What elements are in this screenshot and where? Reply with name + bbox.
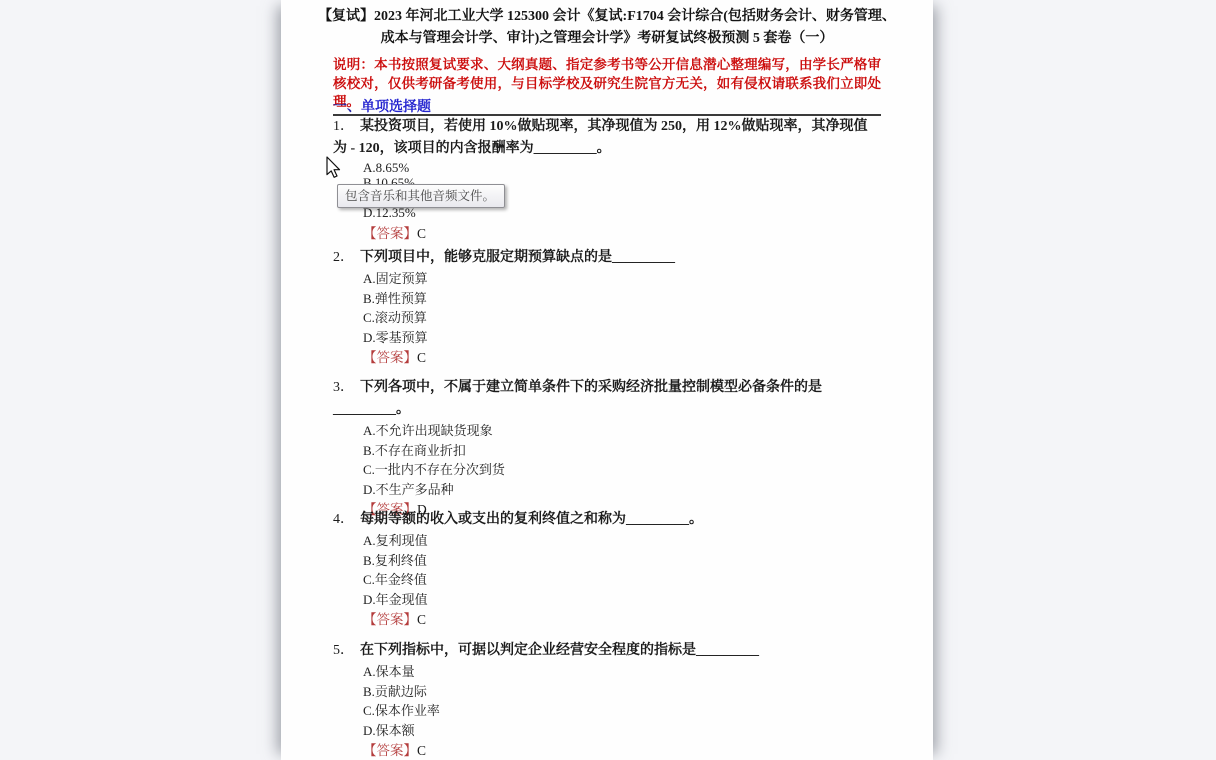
option-line: B.不存在商业折扣: [363, 441, 881, 461]
option-line: C.滚动预算: [363, 308, 881, 328]
option-line: A.8.65%: [363, 160, 881, 175]
section-number: 一、: [333, 100, 361, 115]
answer-value: C: [417, 350, 426, 365]
option-line: C.一批内不存在分次到货: [363, 460, 881, 480]
question-stem: 4．每期等额的收入或支出的复利终值之和称为_________。: [333, 509, 881, 531]
option-line: D.年金现值: [363, 590, 881, 610]
tooltip: 包含音乐和其他音频文件。: [337, 184, 505, 208]
question-stem: 5．在下列指标中，可据以判定企业经营安全程度的指标是_________: [333, 640, 881, 662]
option-line: D.不生产多品种: [363, 480, 881, 500]
answer-value: C: [417, 612, 426, 627]
document-page: 【复试】2023 年河北工业大学 125300 会计《复试:F1704 会计综合…: [281, 0, 933, 760]
option-list: A.保本量B.贡献边际C.保本作业率D.保本额: [363, 662, 881, 740]
option-list: A.固定预算B.弹性预算C.滚动预算D.零基预算: [363, 269, 881, 347]
answer-value: C: [417, 226, 426, 241]
option-line: A.保本量: [363, 662, 881, 682]
question-text: 每期等额的收入或支出的复利终值之和称为_________。: [360, 512, 703, 527]
question-block: 1．某投资项目，若使用 10%做贴现率，其净现值为 250，用 12%做贴现率，…: [333, 116, 881, 244]
document-title: 【复试】2023 年河北工业大学 125300 会计《复试:F1704 会计综合…: [281, 6, 933, 49]
option-list: A.复利现值B.复利终值C.年金终值D.年金现值: [363, 531, 881, 609]
answer-value: C: [417, 743, 426, 758]
question-stem: 1．某投资项目，若使用 10%做贴现率，其净现值为 250，用 12%做贴现率，…: [333, 116, 881, 160]
mouse-cursor-icon: [326, 156, 341, 178]
question-block: 5．在下列指标中，可据以判定企业经营安全程度的指标是_________ A.保本…: [333, 640, 881, 760]
answer-label: 【答案】: [363, 350, 417, 365]
question-block: 3．下列各项中，不属于建立简单条件下的采购经济批量控制模型必备条件的是_____…: [333, 377, 881, 520]
answer-line: 【答案】C: [363, 741, 881, 760]
answer-line: 【答案】C: [363, 348, 881, 368]
answer-line: 【答案】C: [363, 224, 881, 244]
section-heading: 一、单项选择题: [333, 100, 431, 116]
option-line: C.保本作业率: [363, 701, 881, 721]
question-number: 2．: [333, 250, 360, 265]
answer-label: 【答案】: [363, 612, 417, 627]
option-line: A.不允许出现缺货现象: [363, 421, 881, 441]
option-line: C.年金终值: [363, 570, 881, 590]
option-line: A.复利现值: [363, 531, 881, 551]
question-block: 2．下列项目中，能够克服定期预算缺点的是_________ A.固定预算B.弹性…: [333, 247, 881, 368]
answer-label: 【答案】: [363, 226, 417, 241]
question-text: 某投资项目，若使用 10%做贴现率，其净现值为 250，用 12%做贴现率，其净…: [333, 119, 868, 156]
question-block: 4．每期等额的收入或支出的复利终值之和称为_________。 A.复利现值B.…: [333, 509, 881, 630]
question-text: 下列项目中，能够克服定期预算缺点的是_________: [360, 250, 675, 265]
section-label: 单项选择题: [361, 100, 431, 115]
option-line: D.零基预算: [363, 328, 881, 348]
answer-label: 【答案】: [363, 743, 417, 758]
option-line: B.复利终值: [363, 551, 881, 571]
option-list: A.不允许出现缺货现象B.不存在商业折扣C.一批内不存在分次到货D.不生产多品种: [363, 421, 881, 499]
question-text: 在下列指标中，可据以判定企业经营安全程度的指标是_________: [360, 643, 759, 658]
question-text: 下列各项中，不属于建立简单条件下的采购经济批量控制模型必备条件的是_______…: [333, 380, 822, 417]
screen: { "colors":{ "background":"#f4f5f8", "pa…: [0, 0, 1216, 760]
option-line: B.贡献边际: [363, 682, 881, 702]
option-line: B.弹性预算: [363, 289, 881, 309]
question-stem: 2．下列项目中，能够克服定期预算缺点的是_________: [333, 247, 881, 269]
question-number: 1．: [333, 119, 360, 134]
question-number: 4．: [333, 512, 360, 527]
question-number: 5．: [333, 643, 360, 658]
option-line: A.固定预算: [363, 269, 881, 289]
option-line: D.保本额: [363, 721, 881, 741]
question-stem: 3．下列各项中，不属于建立简单条件下的采购经济批量控制模型必备条件的是_____…: [333, 377, 881, 421]
question-number: 3．: [333, 380, 360, 395]
answer-line: 【答案】C: [363, 610, 881, 630]
